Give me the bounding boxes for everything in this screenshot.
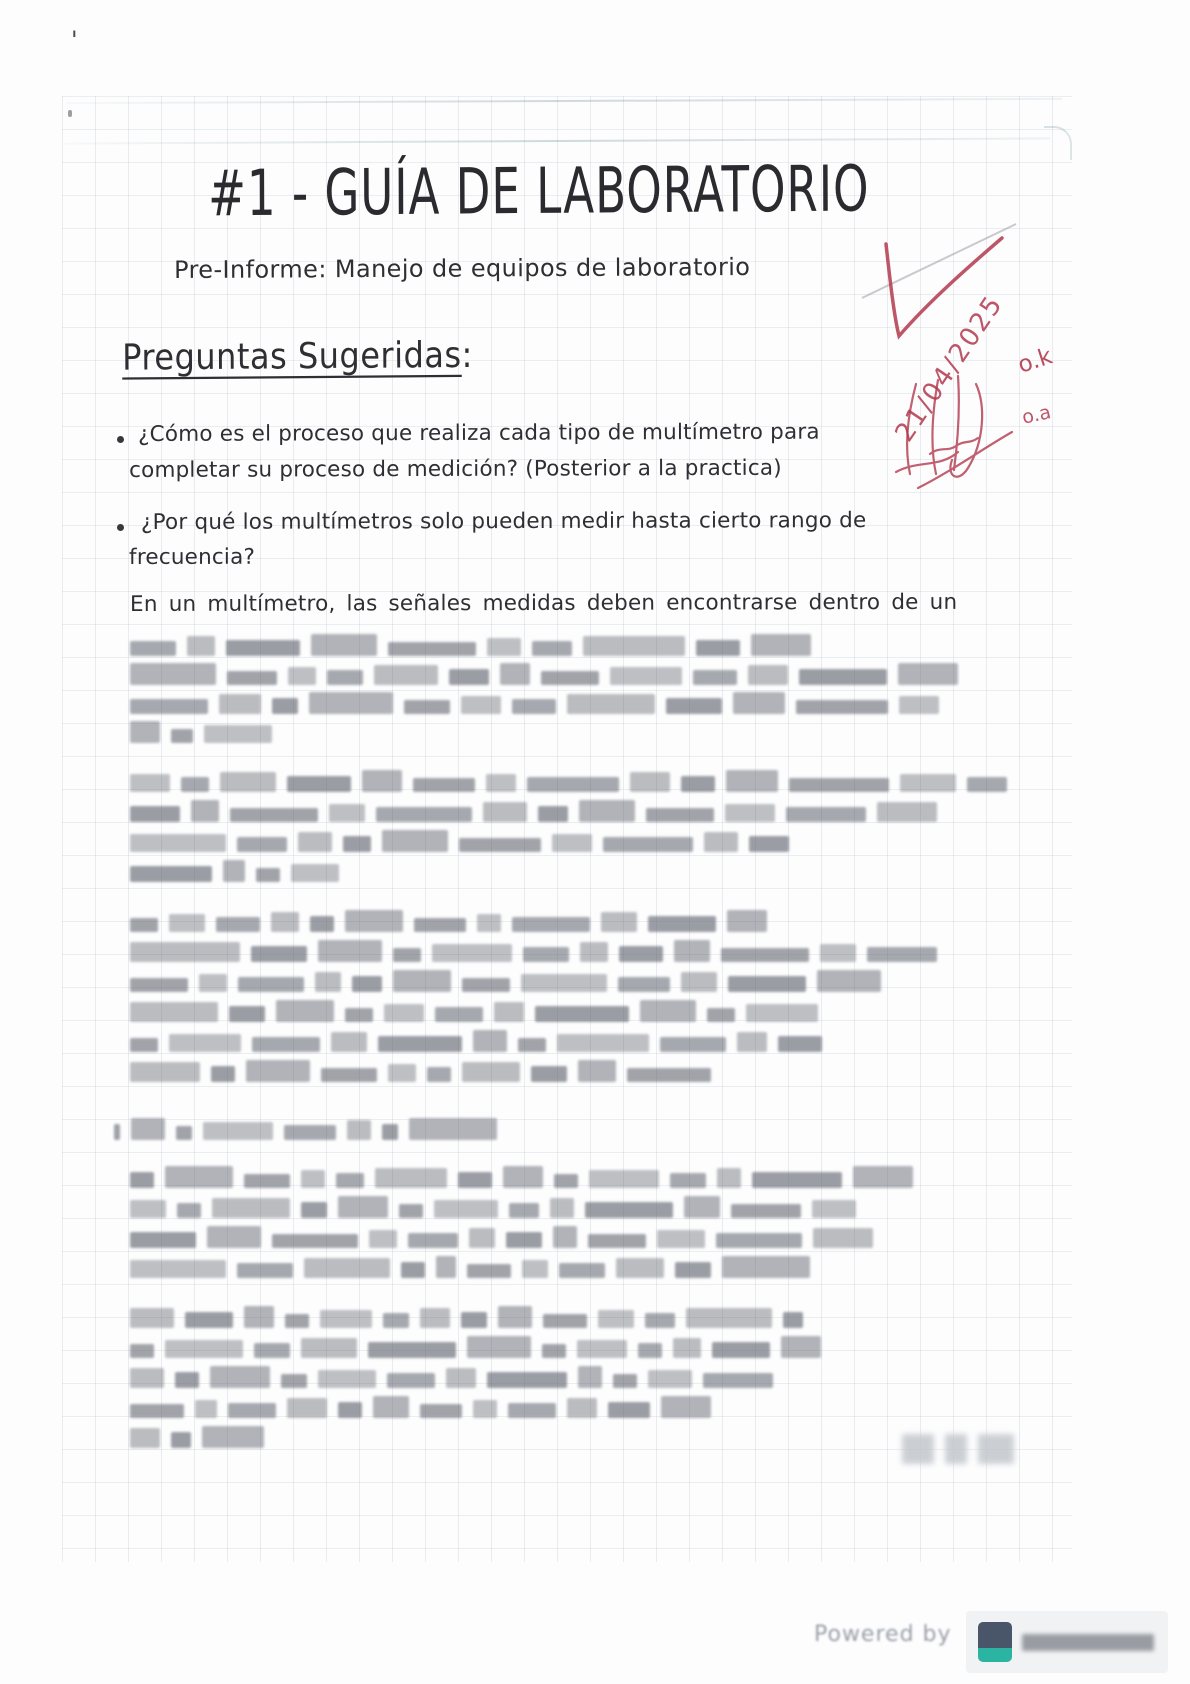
blurred-word — [707, 1008, 735, 1022]
blurred-word — [899, 696, 939, 714]
blurred-word — [579, 800, 635, 822]
section-heading: Preguntas Sugeridas: — [122, 333, 473, 378]
blurred-word — [704, 832, 738, 852]
blurred-word — [509, 1203, 539, 1218]
blurred-word — [220, 772, 276, 792]
blurred-word — [613, 1374, 637, 1388]
blurred-word — [580, 942, 608, 962]
blurred-word — [432, 944, 512, 962]
blurred-word — [393, 948, 421, 962]
blurred-word — [503, 1166, 543, 1188]
blurred-word — [216, 917, 260, 932]
blurred-word — [660, 1037, 726, 1052]
blurred-word — [252, 1037, 320, 1052]
blurred-word — [130, 1002, 218, 1022]
blurred-word — [598, 1310, 634, 1328]
blurred-word — [272, 698, 298, 714]
blurred-word — [327, 670, 363, 685]
blurred-word — [853, 1166, 913, 1188]
blurred-word — [288, 667, 316, 685]
blurred-word — [271, 912, 299, 932]
blurred-word — [462, 978, 510, 992]
blurred-word — [559, 1263, 605, 1278]
blurred-word — [752, 1172, 842, 1188]
question-2-line-1: ¿Por qué los multímetros solo pueden med… — [141, 508, 866, 535]
blurred-word — [716, 1233, 802, 1248]
blurred-word — [254, 1343, 290, 1358]
stray-pen-mark: ' — [71, 26, 78, 54]
blurred-word — [696, 640, 740, 656]
blurred-word — [382, 830, 448, 852]
blurred-word — [130, 918, 158, 932]
blurred-word — [589, 1170, 659, 1188]
blurred-word — [409, 1118, 497, 1140]
blurred-word — [681, 776, 715, 792]
blurred-word — [177, 1203, 201, 1218]
bullet-icon — [117, 524, 124, 531]
blurred-word — [578, 1060, 616, 1082]
blurred-word — [181, 777, 209, 792]
blurred-word — [512, 917, 590, 932]
blurred-word — [130, 1404, 184, 1418]
blurred-word — [169, 1034, 241, 1052]
blurred-bullet — [114, 1124, 120, 1140]
blurred-word — [618, 977, 670, 992]
blurred-word — [387, 1373, 435, 1388]
blurred-word — [272, 1234, 358, 1248]
blurred-word — [467, 1264, 511, 1278]
blurred-word — [130, 1260, 226, 1278]
blurred-word — [675, 1262, 711, 1278]
blurred-word — [630, 772, 670, 792]
blurred-word — [376, 807, 472, 822]
blurred-word — [204, 725, 272, 743]
blurred-word — [486, 774, 516, 792]
blurred-word — [673, 1338, 701, 1358]
blurred-line — [130, 1000, 937, 1022]
bullet-icon — [117, 436, 124, 443]
blurred-word — [185, 1312, 233, 1328]
blurred-line — [130, 910, 937, 932]
blurred-word — [674, 940, 710, 962]
blurred-word — [318, 1370, 376, 1388]
blurred-word — [321, 1068, 377, 1082]
blurred-word — [817, 970, 881, 992]
blurred-word — [285, 1314, 309, 1328]
scanned-notebook-page: ' #1 - GUÍA DE LABORATORIO Pre-Informe: … — [0, 0, 1190, 1684]
blurred-word — [523, 947, 569, 962]
blurred-word — [543, 1314, 587, 1328]
blurred-word — [462, 1062, 520, 1082]
blurred-word — [315, 972, 341, 992]
blurred-word — [461, 696, 501, 714]
blurred-word — [287, 776, 351, 792]
blurred-word — [130, 699, 208, 714]
blurred-word — [130, 1428, 160, 1448]
blurred-word — [281, 1374, 307, 1388]
blurred-word — [130, 774, 170, 792]
answer-intro-line: En un multímetro, las señales medidas de… — [130, 590, 957, 617]
blurred-word — [506, 1232, 542, 1248]
blurred-word — [244, 1306, 274, 1328]
blurred-word — [666, 698, 722, 714]
section-heading-colon: : — [461, 333, 473, 376]
blurred-word — [550, 1198, 574, 1218]
blurred-word — [336, 1173, 364, 1188]
blurred-word — [541, 671, 599, 685]
blurred-word — [384, 1004, 424, 1022]
blurred-word — [733, 692, 785, 714]
blurred-word — [202, 1426, 264, 1448]
blurred-word — [449, 669, 489, 685]
blurred-line — [130, 1396, 821, 1418]
blurred-word — [130, 834, 226, 852]
blurred-word — [246, 1060, 310, 1082]
blurred-word — [165, 1340, 243, 1358]
blurred-word — [369, 1230, 397, 1248]
blurred-word — [812, 1200, 856, 1218]
blurred-word — [627, 1068, 711, 1082]
blurred-word — [535, 1006, 629, 1022]
blurred-word — [638, 1343, 662, 1358]
blurred-word — [309, 692, 393, 714]
blurred-word — [345, 1008, 373, 1022]
blurred-word — [130, 721, 160, 743]
blurred-word — [130, 641, 176, 656]
blurred-line — [130, 692, 958, 714]
blurred-word — [310, 916, 334, 932]
blurred-word — [789, 778, 889, 792]
blurred-word — [578, 1366, 602, 1388]
blurred-word — [131, 1118, 165, 1140]
blurred-word — [557, 1034, 649, 1052]
blurred-line — [130, 970, 937, 992]
blurred-word — [717, 1168, 741, 1188]
blurred-line — [130, 634, 958, 656]
blurred-word — [967, 777, 1007, 792]
blurred-word — [223, 860, 245, 882]
blurred-word — [796, 700, 888, 714]
blurred-word — [130, 978, 188, 992]
blurred-paragraph-1 — [130, 634, 958, 750]
blurred-word — [538, 806, 568, 822]
blurred-word — [820, 944, 856, 962]
blurred-word — [301, 1170, 325, 1188]
blurred-word — [130, 1172, 154, 1188]
blurred-word — [130, 1062, 200, 1082]
blurred-word — [749, 836, 789, 852]
blurred-word — [619, 946, 663, 962]
section-heading-text: Preguntas Sugeridas — [122, 333, 462, 378]
blurred-word — [527, 777, 619, 792]
blurred-word — [751, 634, 811, 656]
question-1-line-1: ¿Cómo es el proceso que realiza cada tip… — [138, 420, 820, 447]
blurred-paragraph-4 — [130, 1166, 913, 1286]
blurred-word — [945, 1434, 967, 1464]
blurred-line — [130, 1366, 821, 1388]
blurred-line — [902, 1430, 1014, 1464]
blurred-word — [726, 770, 778, 792]
blurred-word — [640, 1000, 696, 1022]
blurred-word — [978, 1434, 1014, 1464]
blurred-word — [670, 1173, 706, 1188]
blurred-line — [130, 770, 1007, 792]
blurred-word — [610, 667, 682, 685]
blurred-word — [195, 1400, 217, 1418]
blurred-word — [601, 912, 637, 932]
blurred-word — [783, 1312, 803, 1328]
blurred-word — [382, 1124, 398, 1140]
blurred-word — [703, 1373, 773, 1388]
blurred-word — [567, 694, 655, 714]
blurred-word — [467, 1336, 531, 1358]
blurred-word — [645, 1313, 675, 1328]
blurred-word — [552, 834, 592, 852]
blurred-word — [226, 640, 300, 656]
blurred-word — [383, 1313, 409, 1328]
blurred-word — [287, 1398, 327, 1418]
blurred-word — [227, 671, 277, 685]
blurred-word — [207, 1226, 261, 1248]
blurred-line — [130, 1256, 913, 1278]
blurred-word — [434, 1200, 498, 1218]
blurred-word — [686, 1308, 772, 1328]
blurred-word — [191, 800, 219, 822]
blurred-word — [459, 838, 541, 852]
blurred-line — [130, 1336, 821, 1358]
blurred-word — [522, 1260, 548, 1278]
blurred-word — [362, 770, 402, 792]
blurred-word — [508, 1403, 556, 1418]
blurred-word — [368, 1342, 456, 1358]
blurred-word — [588, 1234, 646, 1248]
blurred-word — [130, 1344, 154, 1358]
page-subtitle: Pre-Informe: Manejo de equipos de labora… — [174, 253, 750, 284]
blurred-word — [567, 1398, 597, 1418]
blurred-word — [458, 1172, 492, 1188]
blurred-word — [781, 1336, 821, 1358]
blurred-word — [256, 868, 280, 882]
blurred-word — [483, 802, 527, 822]
blurred-word — [786, 807, 866, 822]
blurred-word — [498, 1306, 532, 1328]
blurred-word — [301, 1202, 327, 1218]
blurred-word — [374, 665, 438, 685]
blurred-word — [329, 804, 365, 822]
blurred-word — [187, 636, 215, 656]
blurred-word — [725, 804, 775, 822]
blurred-word — [748, 665, 788, 685]
blurred-line — [130, 1306, 821, 1328]
brand-logo-icon — [978, 1622, 1012, 1662]
blurred-word — [583, 636, 685, 656]
blurred-word — [404, 700, 450, 714]
blurred-word — [338, 1196, 388, 1218]
blurred-word — [693, 670, 737, 685]
blurred-word — [420, 1308, 450, 1328]
question-2-line-2: frecuencia? — [129, 545, 255, 570]
blurred-word — [130, 1038, 158, 1052]
blurred-word — [244, 1174, 290, 1188]
blurred-word — [211, 1066, 235, 1082]
blurred-word — [388, 642, 476, 656]
blurred-word — [401, 1262, 425, 1278]
blurred-word — [199, 974, 227, 992]
blurred-word — [413, 778, 475, 792]
blurred-word — [291, 864, 339, 882]
blurred-word — [331, 1032, 367, 1052]
blurred-word — [230, 808, 318, 822]
blurred-word — [304, 1258, 390, 1278]
blurred-word — [898, 663, 958, 685]
blurred-line — [130, 1030, 937, 1052]
blurred-word — [512, 699, 556, 714]
blurred-word — [737, 1032, 767, 1052]
blurred-word — [657, 1230, 705, 1248]
blurred-word — [487, 1372, 567, 1388]
blurred-word — [731, 1204, 801, 1218]
faint-watermark — [902, 1430, 1014, 1470]
blurred-word — [219, 694, 261, 714]
blurred-word — [130, 866, 212, 882]
blurred-word — [237, 1263, 293, 1278]
blurred-word — [727, 910, 767, 932]
blurred-word — [477, 914, 501, 932]
blurred-word — [318, 940, 382, 962]
blurred-word — [130, 806, 180, 822]
blurred-word — [646, 808, 714, 822]
blurred-word — [203, 1122, 273, 1140]
powered-by-label: Powered by — [814, 1622, 952, 1647]
blurred-word — [487, 638, 521, 656]
blurred-word — [130, 1308, 174, 1328]
blurred-word — [585, 1202, 673, 1218]
blurred-word — [799, 669, 887, 685]
blurred-line — [130, 1196, 913, 1218]
blurred-word — [532, 641, 572, 656]
blurred-word — [877, 802, 937, 822]
blurred-paragraph-3 — [130, 910, 937, 1090]
blurred-line — [130, 1060, 937, 1082]
blurred-line — [114, 1118, 497, 1140]
blurred-word — [345, 910, 403, 932]
blurred-word — [420, 1404, 462, 1418]
blurred-word — [681, 972, 717, 992]
blurred-word — [388, 1064, 416, 1082]
blurred-word — [494, 1002, 524, 1022]
blurred-word — [900, 774, 956, 792]
blurred-word — [284, 1125, 336, 1140]
blurred-word — [446, 1368, 476, 1388]
blurred-word — [518, 1038, 546, 1052]
blurred-word — [238, 977, 304, 992]
blurred-word — [228, 1403, 276, 1418]
blurred-word — [298, 832, 332, 852]
blurred-word — [176, 1126, 192, 1140]
blurred-word — [347, 1120, 371, 1140]
blurred-word — [616, 1258, 664, 1278]
blurred-word — [393, 970, 451, 992]
blurred-word — [461, 1312, 487, 1328]
blurred-word — [399, 1204, 423, 1218]
blurred-paragraph-5 — [130, 1306, 821, 1456]
blurred-word — [175, 1372, 199, 1388]
question-1-line-2: completar su proceso de medición? (Poste… — [129, 456, 782, 483]
blurred-line — [130, 940, 937, 962]
blurred-line — [130, 1166, 913, 1188]
blurred-word — [343, 836, 371, 852]
blurred-line — [130, 1426, 821, 1448]
blurred-word — [712, 1342, 770, 1358]
blurred-word — [521, 974, 607, 992]
blurred-line — [130, 663, 958, 685]
blurred-word — [171, 729, 193, 743]
blurred-word — [408, 1233, 458, 1248]
blurred-word — [436, 1256, 456, 1278]
blurred-word — [608, 1402, 650, 1418]
blurred-word — [746, 1004, 818, 1022]
blurred-line — [130, 830, 1007, 852]
blurred-word — [171, 1432, 191, 1448]
blurred-word — [684, 1196, 720, 1218]
blurred-word — [378, 1036, 462, 1052]
blurred-word — [165, 1166, 233, 1188]
blurred-word — [500, 663, 530, 685]
blurred-word — [469, 1228, 495, 1248]
blurred-line — [130, 1226, 913, 1248]
blurred-word — [130, 1200, 166, 1218]
blurred-word — [554, 1174, 578, 1188]
blurred-word — [721, 948, 809, 962]
blurred-word — [130, 942, 240, 962]
blurred-word — [648, 916, 716, 932]
blurred-paragraph-2 — [130, 770, 1007, 890]
blurred-word — [301, 1338, 357, 1358]
blurred-word — [229, 1006, 265, 1022]
blurred-word — [251, 946, 307, 962]
blurred-word — [553, 1226, 577, 1248]
blurred-word — [375, 1168, 447, 1188]
blurred-word — [531, 1066, 567, 1082]
blurred-word — [352, 976, 382, 992]
blurred-word — [338, 1402, 362, 1418]
blurred-word — [212, 1198, 290, 1218]
blurred-word — [373, 1396, 409, 1418]
blurred-word — [867, 947, 937, 962]
blurred-word — [473, 1030, 507, 1052]
blurred-word — [130, 663, 216, 685]
brand-name-blurred — [1022, 1634, 1154, 1651]
blurred-word — [778, 1036, 822, 1052]
blurred-word — [722, 1256, 810, 1278]
blurred-line — [130, 721, 958, 743]
stray-pen-mark — [68, 110, 72, 117]
blurred-word — [435, 1007, 483, 1022]
blurred-word — [661, 1396, 711, 1418]
blurred-word — [130, 1232, 196, 1248]
blurred-word — [577, 1340, 627, 1358]
blurred-word — [276, 1000, 334, 1022]
blurred-word — [210, 1366, 270, 1388]
blurred-word — [542, 1344, 566, 1358]
blurred-word — [414, 918, 466, 932]
blurred-word — [130, 1368, 164, 1388]
blurred-word — [728, 976, 806, 992]
blurred-question-3 — [114, 1118, 497, 1148]
blurred-word — [603, 837, 693, 852]
blurred-word — [813, 1228, 873, 1248]
brand-logo-chip[interactable] — [966, 1611, 1168, 1673]
